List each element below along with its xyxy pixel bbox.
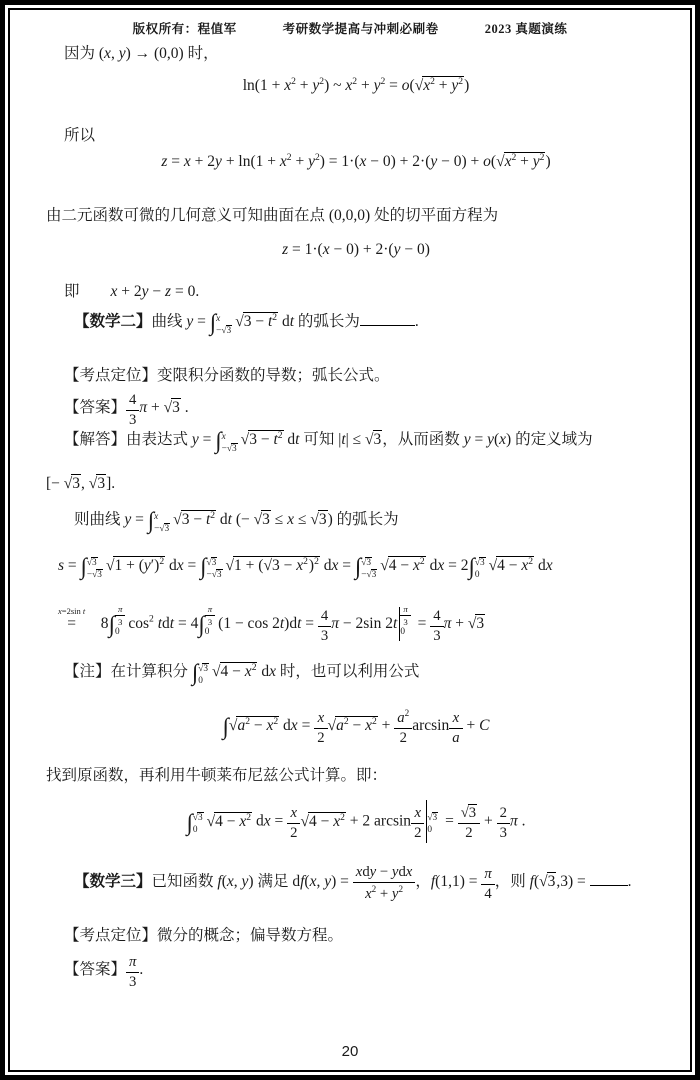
question2-final-computation: ∫√30√4 − x2 dx = x2√4 − x2 + 2 arcsinx2√…	[46, 800, 666, 843]
page-outer-border: 版权所有：程值军 考研数学提高与冲刺必刷卷 2023 真题演练 因为 (x, y…	[0, 0, 700, 1080]
question2-domain: [− √3, √3].	[46, 474, 666, 494]
para-conclusion-ji: 即 x + 2y − z = 0.	[46, 282, 666, 302]
formula-ln-equivalence: ln(1 + x2 + y2) ~ x2 + y2 = o(√x2 + y2)	[46, 76, 666, 96]
page-number: 20	[10, 1043, 690, 1060]
question2-arc-setup: 则曲线 y = ∫x−√3√3 − t2 dt (− √3 ≤ x ≤ √3) …	[46, 510, 666, 535]
formula-tangent-plane: z = 1·(x − 0) + 2·(y − 0)	[46, 240, 666, 260]
question3-heading: 【数学三】已知函数 f(x, y) 满足 df(x, y) = xdy − yd…	[46, 864, 666, 903]
question2-answer: 【答案】43π + √3 .	[46, 392, 666, 429]
question3-topic: 【考点定位】微分的概念；偏导数方程。	[46, 926, 666, 946]
question2-arc-integral: s = ∫√3−√3√1 + (y′)2 dx = ∫√3−√3√1 + (√3…	[46, 556, 666, 581]
formula-antiderivative: ∫√a2 − x2 dx = x2√a2 − x2 + a22arcsinxa …	[46, 708, 666, 747]
page-inner-border: 版权所有：程值军 考研数学提高与冲刺必刷卷 2023 真题演练 因为 (x, y…	[8, 8, 692, 1072]
para-suoyi: 所以	[46, 126, 666, 146]
page-header: 版权所有：程值军 考研数学提高与冲刺必刷卷 2023 真题演练	[10, 19, 690, 37]
question2-note: 【注】在计算积分 ∫√30√4 − x2 dx 时，也可以利用公式	[46, 662, 666, 687]
question2-solution-intro: 【解答】由表达式 y = ∫x−√3√3 − t2 dt 可知 |t| ≤ √3…	[46, 430, 666, 455]
header-edition: 2023 真题演练	[485, 19, 568, 37]
para-newton-leibniz: 找到原函数，再利用牛顿莱布尼兹公式计算。即：	[46, 766, 666, 786]
question3-answer: 【答案】π3.	[46, 954, 666, 991]
formula-z-expansion: z = x + 2y + ln(1 + x2 + y2) = 1·(x − 0)…	[46, 152, 666, 172]
para-tangent-plane: 由二元函数可微的几何意义可知曲面在点 (0,0,0) 处的切平面方程为	[46, 206, 666, 226]
header-copyright: 版权所有：程值军	[133, 19, 237, 37]
header-title: 考研数学提高与冲刺必刷卷	[283, 19, 439, 37]
question2-topic: 【考点定位】变限积分函数的导数；弧长公式。	[46, 366, 666, 386]
para-because: 因为 (x, y) → (0,0) 时，	[46, 44, 666, 64]
question2-heading: 【数学二】曲线 y = ∫x−√3√3 − t2 dt 的弧长为.	[46, 312, 666, 337]
question2-arc-evaluation: x=2sin t= 8∫π30cos2 tdt = 4∫π30(1 − cos …	[46, 604, 666, 644]
